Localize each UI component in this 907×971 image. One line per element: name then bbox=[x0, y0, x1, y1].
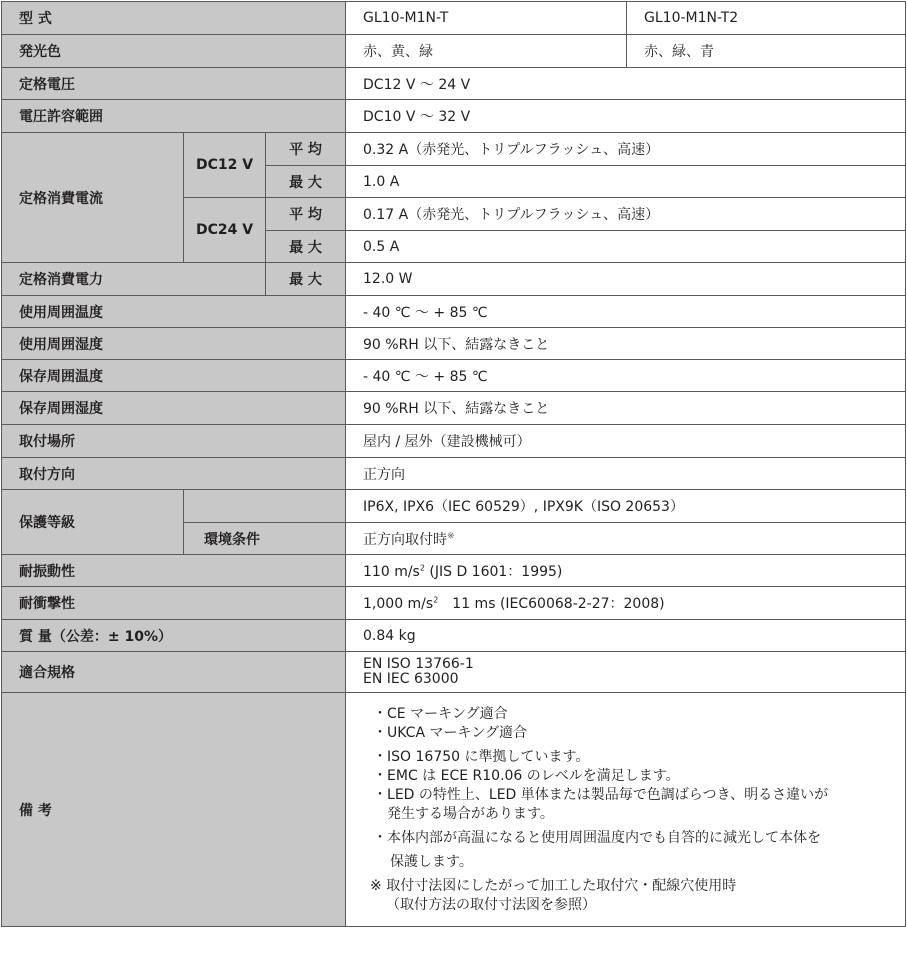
value-rated-power: 12.0 W bbox=[346, 263, 906, 296]
label-dc12v-avg: 平 均 bbox=[266, 133, 346, 166]
value-storage-temp: - 40 ℃ ～ + 85 ℃ bbox=[346, 360, 906, 392]
row-mount-location: 取付場所 屋内 / 屋外（建設機械可） bbox=[2, 425, 906, 458]
label-protection: 保護等級 bbox=[2, 490, 184, 555]
value-light-color-1: 赤、黄、緑 bbox=[346, 35, 627, 68]
value-protection: IP6X, IPX6（IEC 60529）, IPX9K（ISO 20653） bbox=[346, 490, 906, 523]
remark-line: ・CE マーキング適合 bbox=[363, 705, 905, 724]
value-standards: EN ISO 13766-1EN IEC 63000 bbox=[346, 652, 906, 693]
label-dc24v-max: 最 大 bbox=[266, 231, 346, 263]
value-remarks: ・CE マーキング適合 ・UKCA マーキング適合 ・ISO 16750 に準拠… bbox=[346, 693, 906, 927]
remark-line: （取付方法の取付寸法図を参照） bbox=[363, 896, 905, 915]
label-rated-power: 定格消費電力 bbox=[2, 263, 266, 296]
value-rated-voltage: DC12 V ～ 24 V bbox=[346, 68, 906, 100]
row-operating-humidity: 使用周囲湿度 90 %RH 以下、結露なきこと bbox=[2, 328, 906, 360]
row-model: 型 式 GL10-M1N-T GL10-M1N-T2 bbox=[2, 2, 906, 35]
label-storage-humidity: 保存周囲湿度 bbox=[2, 392, 346, 425]
shock-value-main: 1,000 m/s bbox=[363, 596, 433, 612]
value-storage-humidity: 90 %RH 以下、結露なきこと bbox=[346, 392, 906, 425]
label-mass: 質 量（公差：± 10%） bbox=[2, 620, 346, 652]
label-light-color: 発光色 bbox=[2, 35, 346, 68]
row-protection: 保護等級 IP6X, IPX6（IEC 60529）, IPX9K（ISO 20… bbox=[2, 490, 906, 523]
remark-line: 発生する場合があります。 bbox=[363, 805, 905, 824]
label-operating-temp: 使用周囲温度 bbox=[2, 296, 346, 328]
note-mark: ※ bbox=[447, 531, 455, 541]
remark-line: ※ 取付寸法図にしたがって加工した取付穴・配線穴使用時 bbox=[363, 877, 905, 896]
remark-line: 保護します。 bbox=[363, 853, 905, 872]
value-mount-direction: 正方向 bbox=[346, 458, 906, 490]
vibration-standard: (JIS D 1601：1995) bbox=[425, 564, 562, 580]
label-rated-voltage: 定格電圧 bbox=[2, 68, 346, 100]
value-vibration: 110 m/s2 (JIS D 1601：1995) bbox=[346, 555, 906, 587]
value-dc12v-avg: 0.32 A（赤発光、トリプルフラッシュ、高速） bbox=[346, 133, 906, 166]
label-standards: 適合規格 bbox=[2, 652, 346, 693]
remark-line: ・UKCA マーキング適合 bbox=[363, 724, 905, 743]
row-storage-humidity: 保存周囲湿度 90 %RH 以下、結露なきこと bbox=[2, 392, 906, 425]
row-light-color: 発光色 赤、黄、緑 赤、緑、青 bbox=[2, 35, 906, 68]
row-vibration: 耐振動性 110 m/s2 (JIS D 1601：1995) bbox=[2, 555, 906, 587]
value-protection-condition: 正方向取付時※ bbox=[346, 523, 906, 555]
row-mass: 質 量（公差：± 10%） 0.84 kg bbox=[2, 620, 906, 652]
label-dc12v-max: 最 大 bbox=[266, 166, 346, 198]
protection-spacer bbox=[184, 490, 346, 523]
label-protection-condition: 環境条件 bbox=[184, 523, 346, 555]
label-voltage-range: 電圧許容範囲 bbox=[2, 100, 346, 133]
row-rated-voltage: 定格電圧 DC12 V ～ 24 V bbox=[2, 68, 906, 100]
vibration-value-main: 110 m/s bbox=[363, 564, 420, 580]
label-shock: 耐衝撃性 bbox=[2, 587, 346, 620]
remark-line: ・本体内部が高温になると使用周囲温度内でも自答的に減光して本体を bbox=[363, 829, 905, 848]
value-shock: 1,000 m/s2 11 ms (IEC60068-2-27：2008) bbox=[346, 587, 906, 620]
value-operating-temp: - 40 ℃ ～ + 85 ℃ bbox=[346, 296, 906, 328]
condition-label-text: 環境条件 bbox=[204, 532, 260, 548]
row-rated-power: 定格消費電力 最 大 12.0 W bbox=[2, 263, 906, 296]
value-model-1: GL10-M1N-T bbox=[346, 2, 627, 35]
label-mount-direction: 取付方向 bbox=[2, 458, 346, 490]
value-mass: 0.84 kg bbox=[346, 620, 906, 652]
label-remarks: 備 考 bbox=[2, 693, 346, 927]
label-vibration: 耐振動性 bbox=[2, 555, 346, 587]
value-mount-location: 屋内 / 屋外（建設機械可） bbox=[346, 425, 906, 458]
remark-line: ・ISO 16750 に準拠しています。 bbox=[363, 748, 905, 767]
label-operating-humidity: 使用周囲湿度 bbox=[2, 328, 346, 360]
value-dc24v-avg: 0.17 A（赤発光、トリプルフラッシュ、高速） bbox=[346, 198, 906, 231]
value-operating-humidity: 90 %RH 以下、結露なきこと bbox=[346, 328, 906, 360]
remark-line: ・EMC は ECE R10.06 のレベルを満足します。 bbox=[363, 767, 905, 786]
label-model: 型 式 bbox=[2, 2, 346, 35]
shock-standard: 11 ms (IEC60068-2-27：2008) bbox=[438, 596, 664, 612]
label-dc24v: DC24 V bbox=[184, 198, 266, 263]
row-shock: 耐衝撃性 1,000 m/s2 11 ms (IEC60068-2-27：200… bbox=[2, 587, 906, 620]
spec-table: 型 式 GL10-M1N-T GL10-M1N-T2 発光色 赤、黄、緑 赤、緑… bbox=[1, 1, 906, 927]
label-dc12v: DC12 V bbox=[184, 133, 266, 198]
row-mount-direction: 取付方向 正方向 bbox=[2, 458, 906, 490]
label-mount-location: 取付場所 bbox=[2, 425, 346, 458]
row-current-dc12-avg: 定格消費電流 DC12 V 平 均 0.32 A（赤発光、トリプルフラッシュ、高… bbox=[2, 133, 906, 166]
row-storage-temp: 保存周囲温度 - 40 ℃ ～ + 85 ℃ bbox=[2, 360, 906, 392]
label-rated-power-max: 最 大 bbox=[266, 263, 346, 296]
remark-line: ・LED の特性上、LED 単体または製品毎で色調ばらつき、明るさ違いが bbox=[363, 786, 905, 805]
value-dc24v-max: 0.5 A bbox=[346, 231, 906, 263]
row-standards: 適合規格 EN ISO 13766-1EN IEC 63000 bbox=[2, 652, 906, 693]
row-remarks: 備 考 ・CE マーキング適合 ・UKCA マーキング適合 ・ISO 16750… bbox=[2, 693, 906, 927]
standard-item: EN ISO 13766-1 bbox=[363, 657, 905, 672]
condition-value-text: 正方向取付時 bbox=[363, 532, 447, 548]
label-dc24v-avg: 平 均 bbox=[266, 198, 346, 231]
label-storage-temp: 保存周囲温度 bbox=[2, 360, 346, 392]
value-light-color-2: 赤、緑、青 bbox=[627, 35, 906, 68]
value-model-2: GL10-M1N-T2 bbox=[627, 2, 906, 35]
label-rated-current: 定格消費電流 bbox=[2, 133, 184, 263]
standard-item: EN IEC 63000 bbox=[363, 672, 905, 687]
value-voltage-range: DC10 V ～ 32 V bbox=[346, 100, 906, 133]
row-voltage-range: 電圧許容範囲 DC10 V ～ 32 V bbox=[2, 100, 906, 133]
row-operating-temp: 使用周囲温度 - 40 ℃ ～ + 85 ℃ bbox=[2, 296, 906, 328]
value-dc12v-max: 1.0 A bbox=[346, 166, 906, 198]
